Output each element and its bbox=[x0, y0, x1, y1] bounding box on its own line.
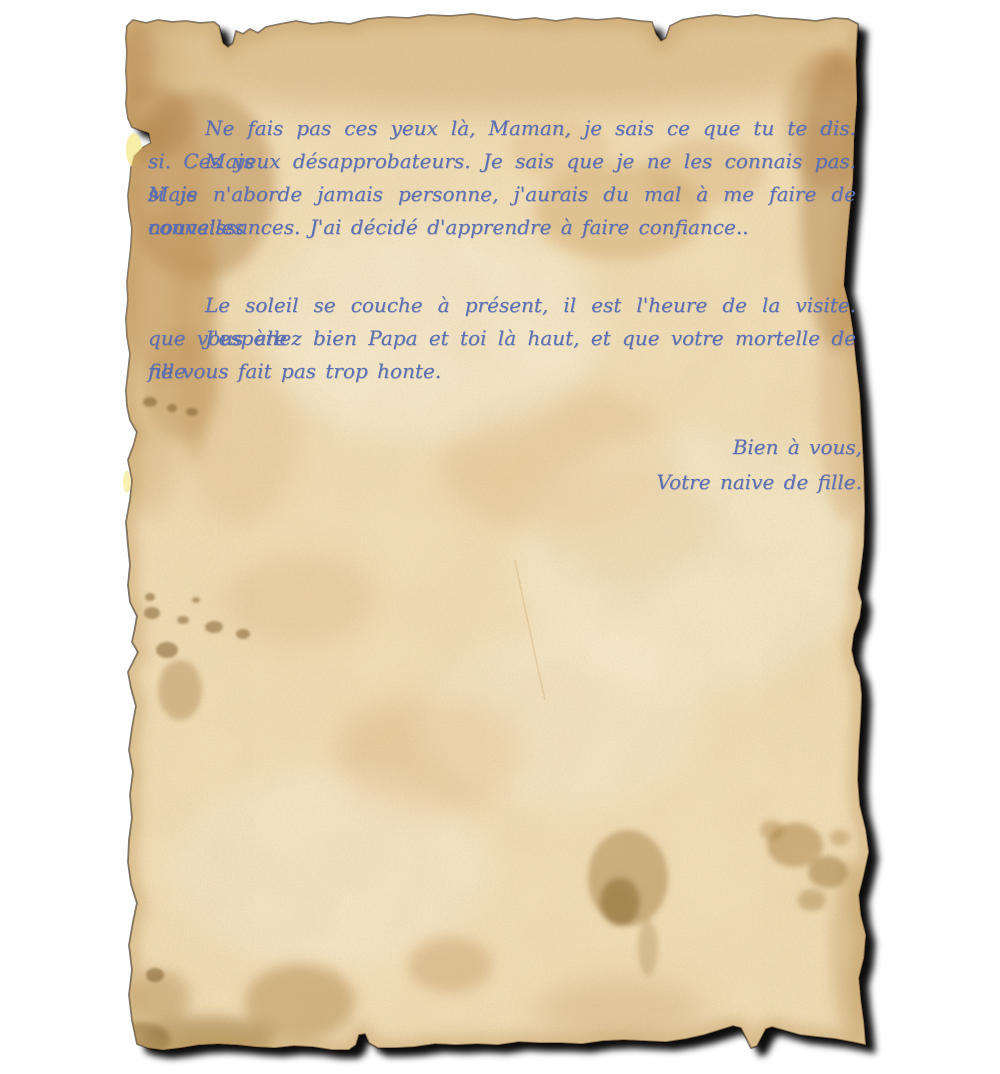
signature-block: Bien à vous, Votre naive de fille. bbox=[657, 430, 862, 500]
letter-line: que vous allez bien Papa et toi là haut,… bbox=[148, 322, 856, 355]
letter-line: Ne fais pas ces yeux là, Maman, je sais … bbox=[148, 112, 856, 145]
letter-paragraph-1: Ne fais pas ces yeux là, Maman, je sais … bbox=[148, 112, 856, 244]
letter-line: connaissances. J'ai décidé d'apprendre à… bbox=[148, 211, 856, 244]
letter-line: ne vous fait pas trop honte. bbox=[148, 355, 856, 388]
signature-line: Bien à vous, bbox=[657, 430, 862, 465]
letter-screenshot: Ne fais pas ces yeux là, Maman, je sais … bbox=[0, 0, 1000, 1074]
signature-line: Votre naive de fille. bbox=[657, 465, 862, 500]
letter-paragraph-2: Le soleil se couche à présent, il est l'… bbox=[148, 289, 856, 388]
letter-line: Le soleil se couche à présent, il est l'… bbox=[148, 289, 856, 322]
letter-line: si je n'aborde jamais personne, j'aurais… bbox=[148, 178, 856, 211]
letter-line: si. Ces yeux désapprobateurs. Je sais qu… bbox=[148, 145, 856, 178]
